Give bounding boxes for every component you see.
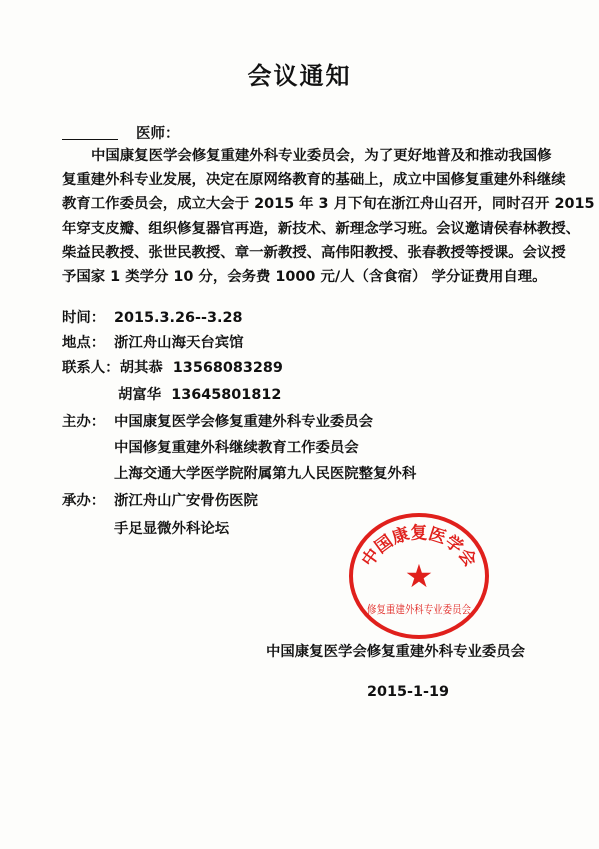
body-paragraph: 中国康复医学会修复重建外科专业委员会，为了更好地普及和推动我国修 复重建外科专业… [62, 144, 538, 289]
star-icon: ★ [405, 557, 434, 595]
body-line: 年穿支皮瓣、组织修复器官再造，新技术、新理念学习班。会议邀请侯春林教授、 [62, 217, 538, 241]
host-item: 中国修复重建外科继续教育工作委员会 [114, 440, 359, 456]
organizer-item: 浙江舟山广安骨伤医院 [114, 493, 258, 509]
salutation: 医师： [136, 122, 180, 143]
place-row: 地点：浙江舟山海天台宾馆 [62, 331, 244, 352]
organizer-row-2: 手足显微外科论坛 [114, 517, 229, 538]
body-line: 复重建外科专业发展，决定在原网络教育的基础上，成立中国修复重建外科继续 [62, 168, 538, 192]
salutation-line: 医师： [62, 122, 180, 143]
contact-name: 胡富华 [118, 387, 161, 403]
host-row-3: 上海交通大学医学院附属第九人民医院整复外科 [114, 462, 416, 483]
issue-date: 2015-1-19 [367, 684, 449, 700]
contact-phone: 13568083289 [173, 360, 283, 376]
contact-name: 胡其恭 [120, 360, 163, 376]
host-row-2: 中国修复重建外科继续教育工作委员会 [114, 436, 359, 457]
contact-label: 联系人： [62, 360, 120, 376]
body-line: 柴益民教授、张世民教授、章一新教授、高伟阳教授、张春教授等授课。会议授 [62, 241, 538, 265]
contact-phone: 13645801812 [171, 387, 281, 403]
organizer-item: 手足显微外科论坛 [114, 521, 229, 537]
body-line: 中国康复医学会修复重建外科专业委员会，为了更好地普及和推动我国修 [62, 144, 538, 168]
time-label: 时间： [62, 306, 114, 327]
organizer-row: 承办：浙江舟山广安骨伤医院 [62, 489, 258, 510]
place-label: 地点： [62, 331, 114, 352]
host-item: 中国康复医学会修复重建外科专业委员会 [114, 414, 373, 430]
organizer-label: 承办： [62, 489, 114, 510]
place-value: 浙江舟山海天台宾馆 [114, 335, 244, 351]
signature: 中国康复医学会修复重建外科专业委员会 [266, 640, 525, 661]
contact-row: 联系人：胡其恭 13568083289 [62, 356, 283, 377]
host-item: 上海交通大学医学院附属第九人民医院整复外科 [114, 466, 416, 482]
official-seal-stamp: 中国康复医学会 ★ 修复重建外科专业委员会 [344, 510, 494, 640]
time-value: 2015.3.26--3.28 [114, 310, 242, 326]
time-row: 时间：2015.3.26--3.28 [62, 306, 242, 327]
host-label: 主办： [62, 410, 114, 431]
contact-row-2: 胡富华 13645801812 [118, 383, 281, 404]
seal-inner-text: 修复重建外科专业委员会 [367, 602, 471, 616]
notice-title: 会议通知 [0, 56, 599, 91]
name-blank-line [62, 139, 118, 140]
body-line: 教育工作委员会，成立大会于 2015 年 3 月下旬在浙江舟山召开，同时召开 2… [62, 192, 538, 216]
host-row: 主办：中国康复医学会修复重建外科专业委员会 [62, 410, 373, 431]
body-line: 予国家 1 类学分 10 分，会务费 1000 元/人（含食宿） 学分证费用自理… [62, 265, 538, 289]
